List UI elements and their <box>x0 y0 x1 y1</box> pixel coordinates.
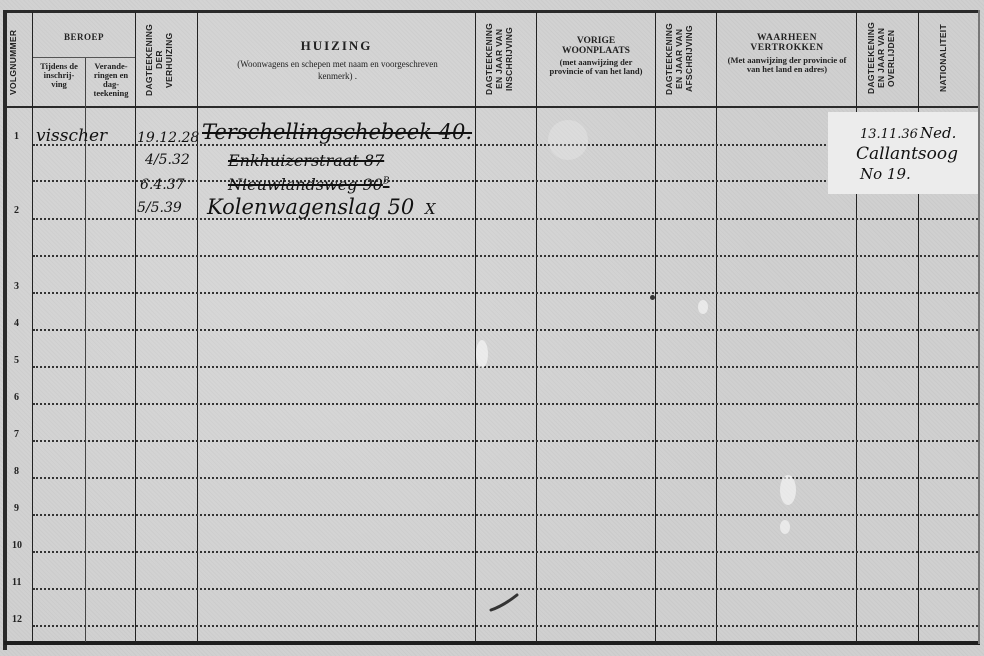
column-divider <box>856 12 857 642</box>
row-number: 2 <box>14 205 19 216</box>
paper-smudge <box>698 300 708 314</box>
handwritten-waarheen-line: Callantsoog <box>856 144 958 164</box>
handwritten-move-date: 19.12.28 <box>137 130 199 146</box>
row-number: 11 <box>12 577 21 588</box>
row-line <box>33 403 978 405</box>
header-vorige-woonplaats: VORIGE WOONPLAATS <box>545 36 647 56</box>
header-line: VERHUIZING <box>164 32 174 87</box>
header-waarheen-subtitle: (Met aanwijzing der provincie of van het… <box>722 56 852 74</box>
header-divider <box>4 106 978 108</box>
header-line: OVERLIJDEN <box>886 29 896 86</box>
bottom-border <box>4 641 980 645</box>
handwritten-waarheen-line: Ned. <box>920 124 956 142</box>
row-line <box>33 477 978 479</box>
header-nationaliteit: NATIONALITEIT <box>938 16 954 100</box>
header-line: DAGTEEKENING <box>664 23 674 95</box>
handwritten-beroep: visscher <box>36 126 107 146</box>
header-line: EN JAAR VAN <box>674 29 684 89</box>
handwritten-move-date: 5/5.39 <box>137 200 182 216</box>
row-number: 12 <box>12 614 22 625</box>
handwritten-address-struck: Terschellingschebeek 40. <box>202 120 472 144</box>
column-divider <box>475 12 476 642</box>
column-divider <box>536 12 537 642</box>
header-dagteekening-verhuizing: DAGTEEKENING DER VERHUIZING <box>144 18 188 102</box>
row-number: 7 <box>14 429 19 440</box>
header-line: DAGTEEKENING <box>144 24 154 96</box>
header-line: DAGTEEKENING <box>484 23 494 95</box>
handwritten-move-date: 4/5.32 <box>145 152 190 168</box>
header-line: EN JAAR VAN <box>876 28 886 88</box>
header-beroep-veranderingen: Verande- ringen en dag- teekening <box>87 62 135 98</box>
header-line: DAGTEEKENING <box>866 22 876 94</box>
row-line <box>33 218 978 220</box>
header-line: EN JAAR VAN <box>494 29 504 89</box>
column-divider <box>918 12 919 642</box>
column-divider <box>197 12 198 642</box>
address-text: Nieuwlandsweg 90 <box>228 175 383 194</box>
column-divider <box>655 12 656 642</box>
row-line <box>33 329 978 331</box>
header-dagteekening-overlijden: DAGTEEKENING EN JAAR VAN OVERLIJDEN <box>866 14 910 102</box>
register-page: VOLGNUMMER BEROEP Tijdens de inschrij- v… <box>0 0 984 656</box>
row-number: 10 <box>12 540 22 551</box>
row-number: 4 <box>14 318 19 329</box>
row-line <box>33 440 978 442</box>
handwritten-address-current: Kolenwagenslag 50 X <box>207 195 436 219</box>
paper-smudge <box>548 120 588 160</box>
right-border <box>978 10 980 644</box>
row-line <box>33 255 978 257</box>
beroep-subheader-divider <box>33 57 135 58</box>
header-line: AFSCHRIJVING <box>684 26 694 93</box>
row-line <box>33 366 978 368</box>
row-line <box>33 588 978 590</box>
header-beroep: BEROEP <box>33 32 135 42</box>
paper-smudge <box>780 475 796 505</box>
row-line <box>33 625 978 627</box>
row-number: 3 <box>14 281 19 292</box>
handwritten-address-struck: Nieuwlandsweg 90B <box>228 175 389 194</box>
header-huizing-subtitle: (Woonwagens en schepen met naam en voorg… <box>225 58 450 82</box>
header-volgnummer: VOLGNUMMER <box>8 22 28 102</box>
handwritten-waarheen-date: 13.11.36 <box>860 127 918 142</box>
ink-spot <box>650 295 655 300</box>
header-dagteekening-inschrijving: DAGTEEKENING EN JAAR VAN INSCHRIJVING <box>484 16 528 102</box>
top-border <box>4 10 980 13</box>
header-line: INSCHRIJVING <box>504 27 514 91</box>
row-number: 8 <box>14 466 19 477</box>
column-divider <box>135 12 136 642</box>
row-number: 5 <box>14 355 19 366</box>
row-line <box>33 514 978 516</box>
column-divider <box>716 12 717 642</box>
row-line <box>33 551 978 553</box>
row-number: 1 <box>14 131 19 142</box>
address-suffix: B <box>383 177 390 187</box>
paper-smudge <box>780 520 790 534</box>
row-line <box>33 292 978 294</box>
header-huizing: HUIZING <box>198 38 475 54</box>
address-text: Kolenwagenslag 50 <box>207 195 414 219</box>
header-vorige-woonplaats-subtitle: (met aanwijzing der provincie of van het… <box>545 58 647 76</box>
handwritten-address-struck: Enkhuizerstraat 87 <box>228 151 384 170</box>
row-number: 6 <box>14 392 19 403</box>
address-mark: X <box>425 200 436 218</box>
handwritten-move-date: 6.4.37 <box>140 177 185 193</box>
stray-pen-mark <box>489 592 521 614</box>
header-beroep-tijdens: Tijdens de inschrij- ving <box>35 62 83 89</box>
handwritten-waarheen-line: No 19. <box>860 165 911 183</box>
header-line: DER <box>154 51 164 70</box>
header-waarheen-vertrokken: WAARHEEN VERTROKKEN <box>730 33 844 53</box>
column-divider <box>32 12 33 642</box>
row-number: 9 <box>14 503 19 514</box>
paper-smudge <box>476 340 488 368</box>
header-dagteekening-afschrijving: DAGTEEKENING EN JAAR VAN AFSCHRIJVING <box>664 16 708 102</box>
